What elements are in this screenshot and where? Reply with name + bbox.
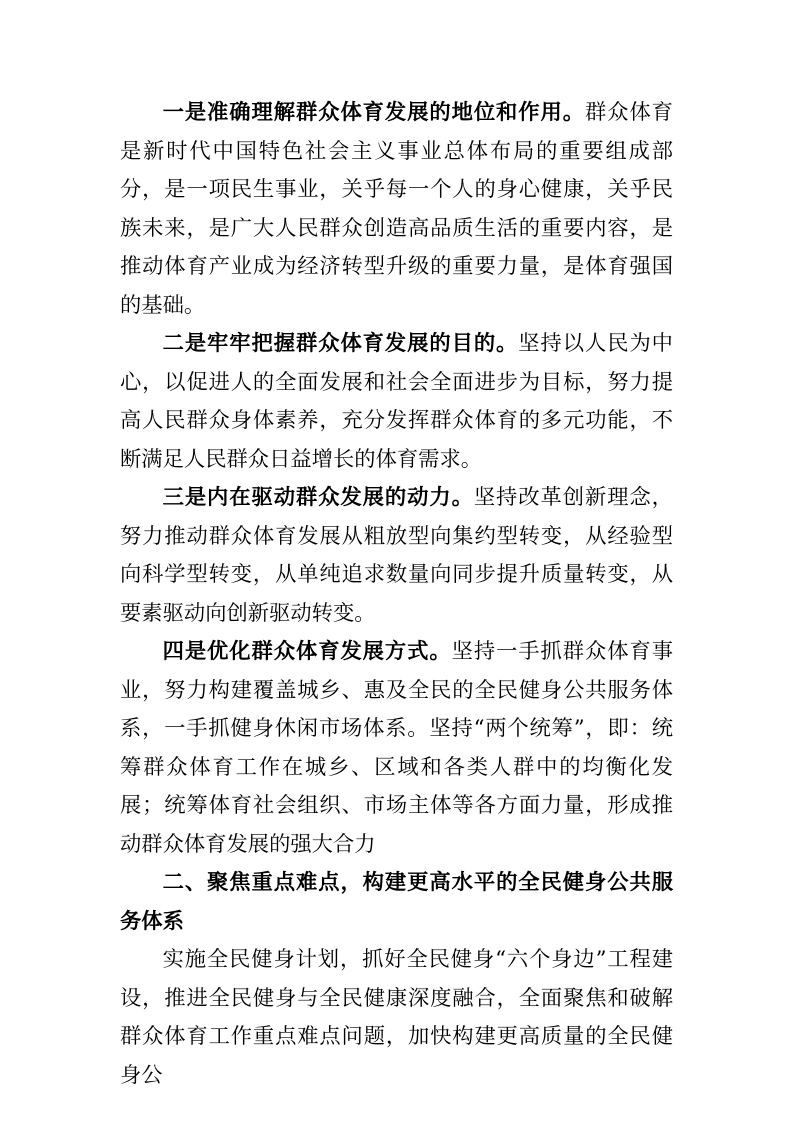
section-heading: 二、聚焦重点难点，构建更高水平的全民健身公共服务体系 (120, 864, 673, 941)
paragraph-lead-in: 一是准确理解群众体育发展的地位和作用。 (163, 100, 585, 125)
paragraph-text: 坚持一手抓群众体育事业，努力构建覆盖城乡、惠及全民的全民健身公共服务体系，一手抓… (120, 639, 673, 857)
document-body: 一是准确理解群众体育发展的地位和作用。群众体育是新时代中国特色社会主义事业总体布… (120, 94, 673, 1095)
paragraph-lead-in: 四是优化群众体育发展方式。 (163, 639, 452, 664)
paragraph: 四是优化群众体育发展方式。坚持一手抓群众体育事业，努力构建覆盖城乡、惠及全民的全… (120, 633, 673, 864)
paragraph: 实施全民健身计划，抓好全民健身“六个身边”工程建设，推进全民健身与全民健康深度融… (120, 941, 673, 1095)
paragraph-text: 二、聚焦重点难点，构建更高水平的全民健身公共服务体系 (120, 870, 673, 934)
paragraph-text: 群众体育是新时代中国特色社会主义事业总体布局的重要组成部分，是一项民生事业，关乎… (120, 100, 673, 318)
paragraph-text: 实施全民健身计划，抓好全民健身“六个身边”工程建设，推进全民健身与全民健康深度融… (120, 947, 673, 1088)
paragraph: 三是内在驱动群众发展的动力。坚持改革创新理念，努力推动群众体育发展从粗放型向集约… (120, 479, 673, 633)
paragraph: 一是准确理解群众体育发展的地位和作用。群众体育是新时代中国特色社会主义事业总体布… (120, 94, 673, 325)
document-page: 一是准确理解群众体育发展的地位和作用。群众体育是新时代中国特色社会主义事业总体布… (0, 0, 793, 1122)
paragraph-lead-in: 二是牢牢把握群众体育发展的目的。 (163, 331, 519, 356)
paragraph-lead-in: 三是内在驱动群众发展的动力。 (163, 485, 474, 510)
paragraph: 二是牢牢把握群众体育发展的目的。坚持以人民为中心，以促进人的全面发展和社会全面进… (120, 325, 673, 479)
